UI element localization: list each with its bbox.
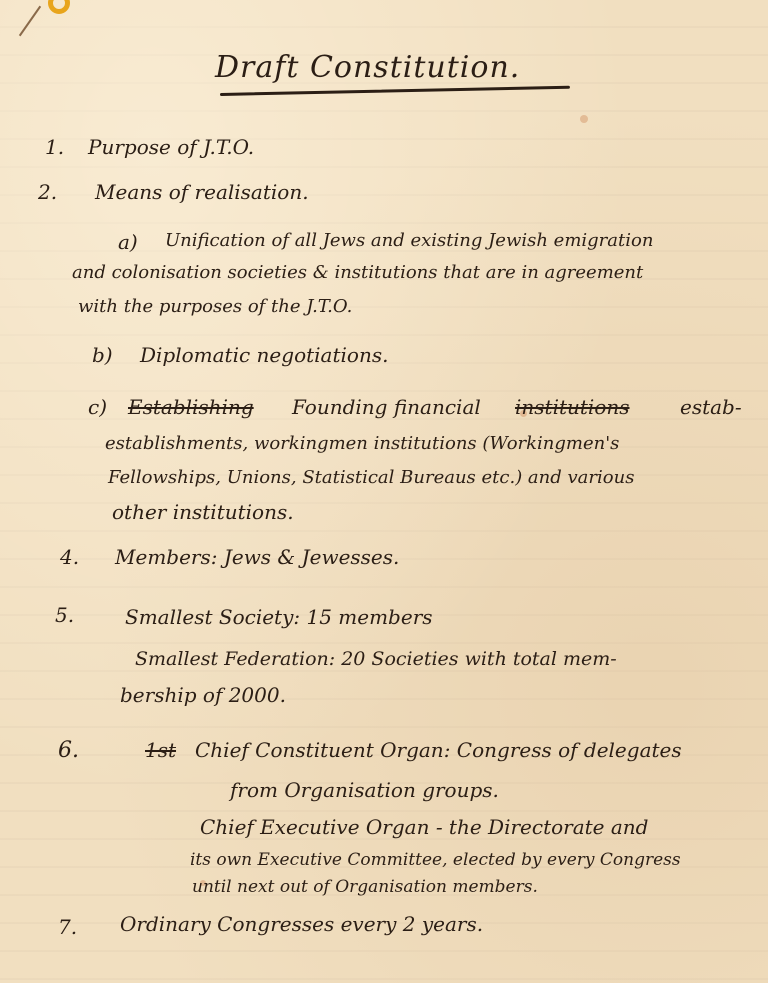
item-text: Purpose of J.T.O. [88,135,254,159]
item-number: 6. [58,738,79,763]
document-title: Draft Constitution. [215,50,520,85]
subitem-text: Fellowships, Unions, Statistical Bureaus… [108,467,634,488]
item-text: Smallest Federation: 20 Societies with t… [135,648,617,670]
paperclip-icon [48,0,70,14]
stain [580,115,588,123]
subitem-text: establishments, workingmen institutions … [105,433,619,454]
subitem-label: b) [92,343,113,367]
item-number: 2. [38,180,57,204]
subitem-text: and colonisation societies & institution… [72,262,643,283]
item-text: its own Executive Committee, elected by … [190,850,681,870]
struck-word: institutions [515,395,630,419]
item-text: until next out of Organisation members. [192,877,538,897]
item-number: 7. [58,915,77,939]
item-text: Chief Executive Organ - the Directorate … [200,815,648,839]
item-text: Members: Jews & Jewesses. [115,545,399,569]
item-number: 4. [60,545,79,569]
item-text: from Organisation groups. [230,778,499,802]
item-text: Chief Constituent Organ: Congress of del… [195,738,682,762]
manuscript-page: Draft Constitution. 1. Purpose of J.T.O.… [0,0,768,983]
struck-word: 1st [145,738,176,762]
tear-mark [19,6,41,37]
item-text: Ordinary Congresses every 2 years. [120,912,483,936]
item-number: 5. [55,603,74,627]
subitem-text: Founding financial [292,395,481,419]
struck-word: Establishing [128,395,254,419]
subitem-label: a) [118,230,138,254]
item-text: Means of realisation. [95,180,309,204]
subitem-text: Unification of all Jews and existing Jew… [165,230,653,251]
item-number: 1. [45,135,64,159]
item-text: Smallest Society: 15 members [125,605,433,629]
item-text: bership of 2000. [120,683,286,707]
subitem-label: c) [88,395,107,419]
subitem-text: other institutions. [112,500,294,524]
subitem-text: with the purposes of the J.T.O. [78,296,352,317]
subitem-text: Diplomatic negotiations. [140,343,388,367]
subitem-text: estab- [680,395,742,419]
title-underline [220,86,570,96]
